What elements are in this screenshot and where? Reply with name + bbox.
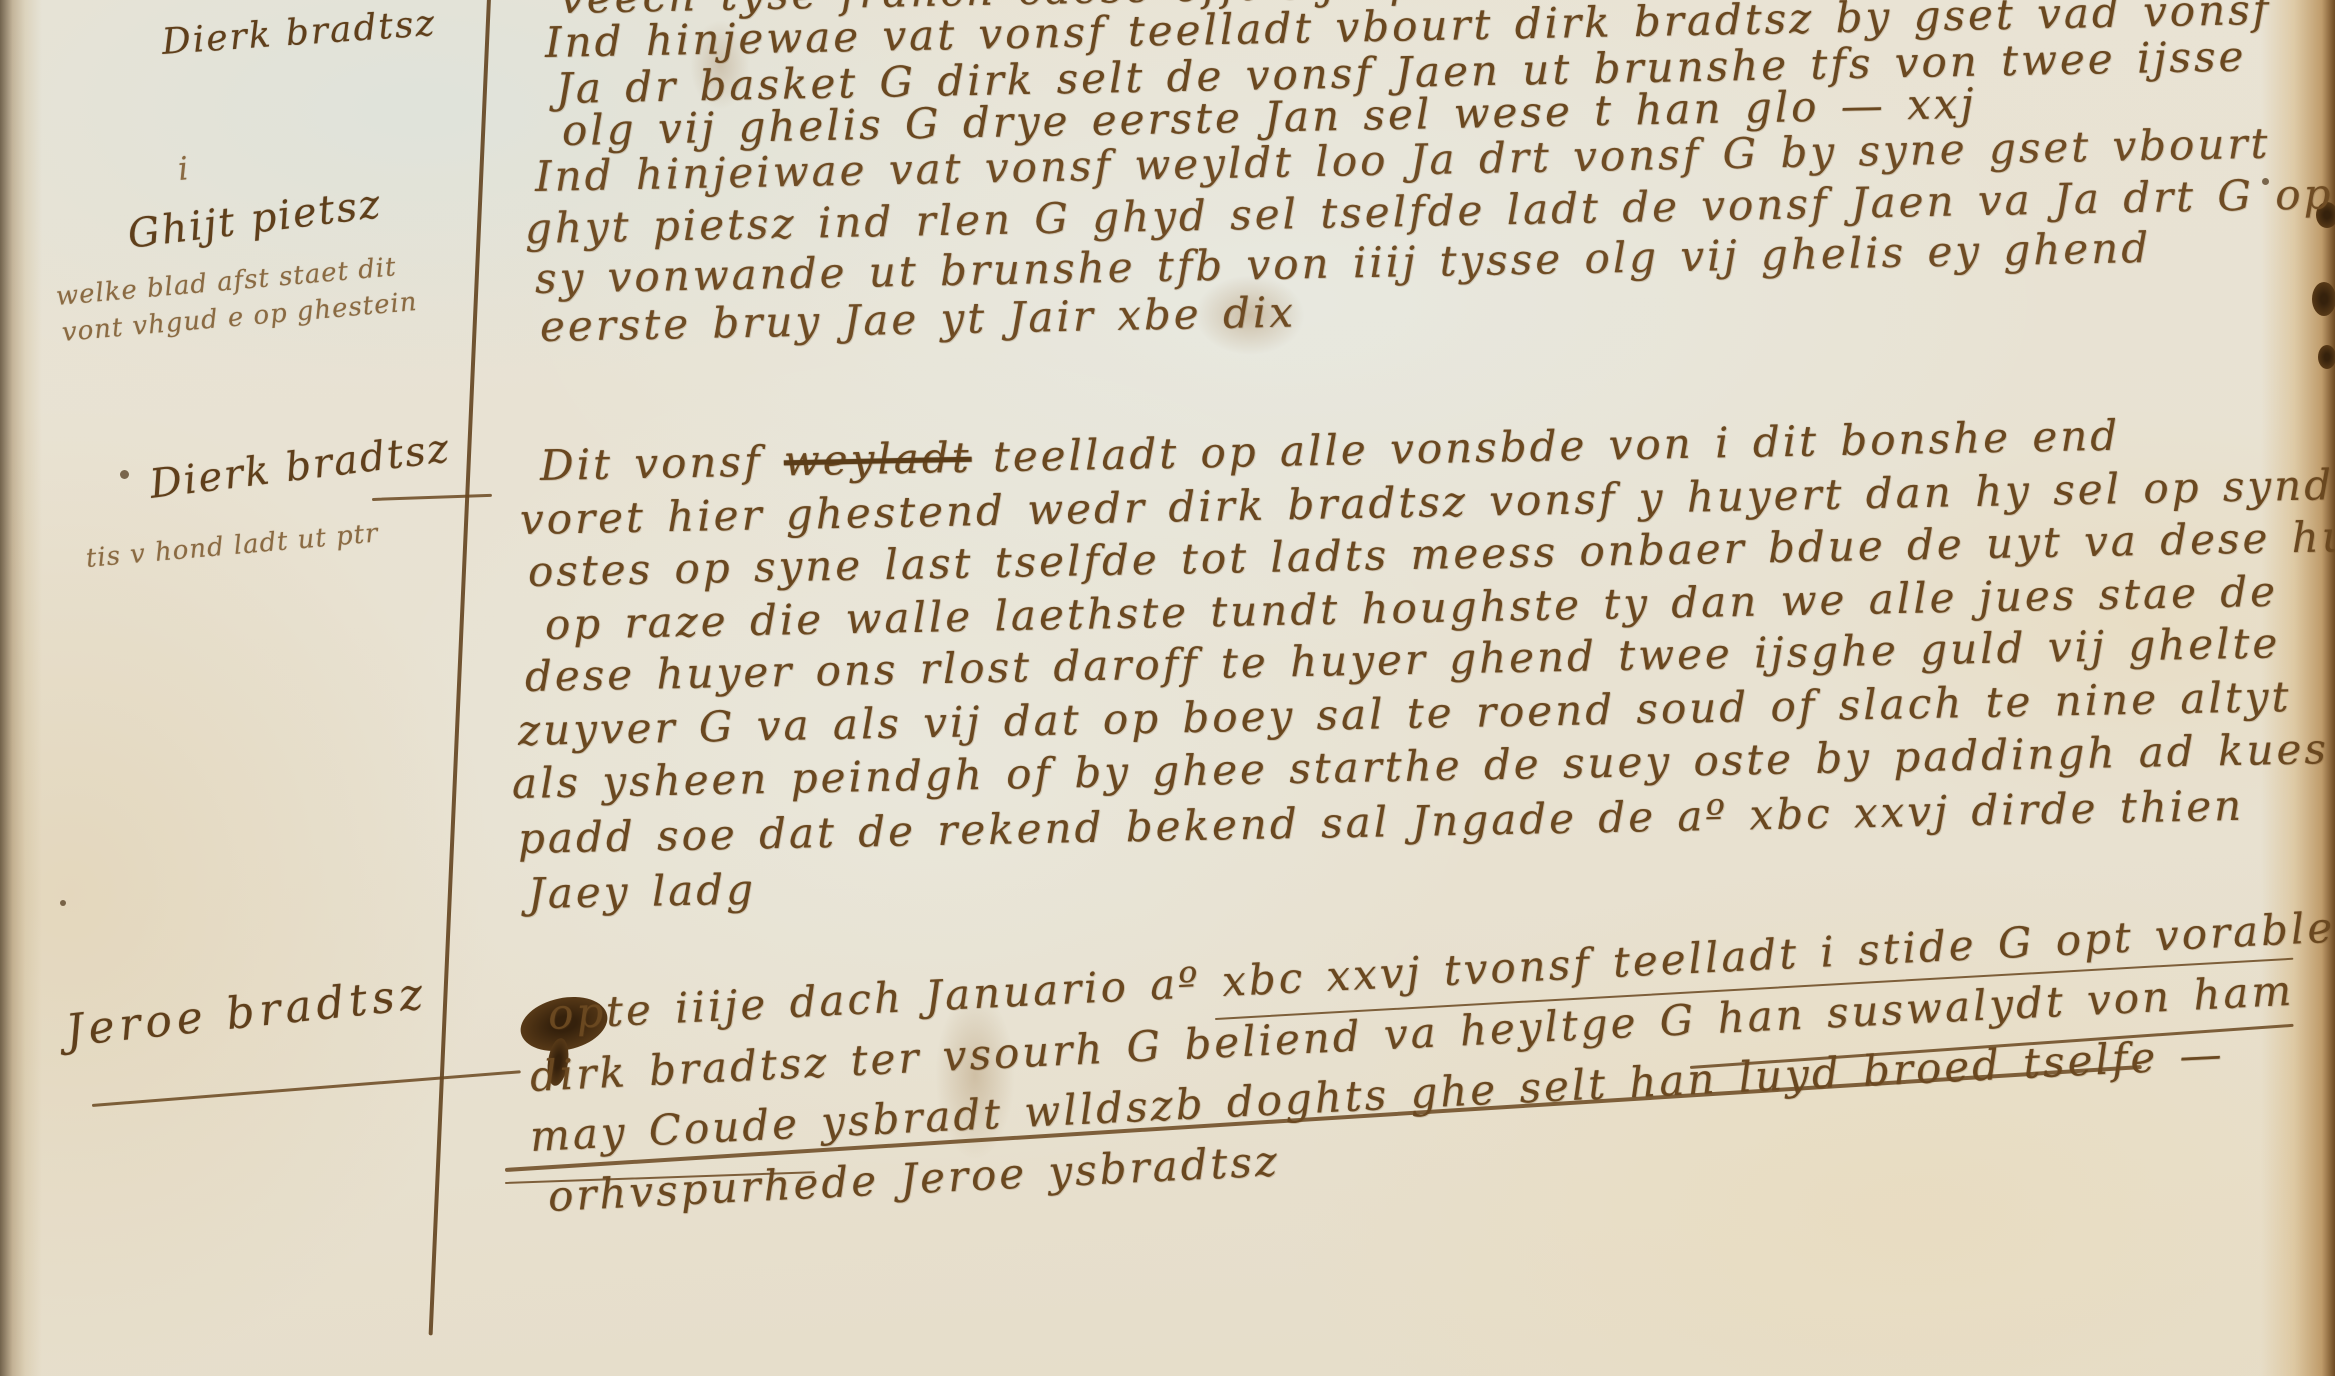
margin-flourish-stroke [92, 1070, 521, 1107]
margin-note-title: Dierk bradtsz [161, 3, 438, 63]
margin-note-title: Dierk bradtsz [147, 425, 453, 508]
edge-ink-blob [2318, 345, 2335, 369]
margin-note-title: Jeroe bradtsz [63, 968, 430, 1057]
text-segment: Dit vonsf [540, 437, 763, 490]
margin-dash-stroke [372, 494, 492, 501]
margin-mark: i [176, 149, 191, 188]
ink-speck [120, 470, 129, 479]
ink-speck [60, 900, 66, 906]
margin-note-title: Ghijt pietsz [125, 181, 384, 258]
page-left-edge [0, 0, 42, 1376]
text-line: Jaey ladg [528, 865, 757, 918]
margin-rule-line [429, 0, 492, 1335]
manuscript-page: Dierk bradtsz i Ghijt pietsz welke blad … [0, 0, 2335, 1376]
struck-word: weyladt [783, 433, 972, 486]
edge-ink-blob [2312, 282, 2335, 316]
margin-note-small-line: tis v hond ladt ut ptr [85, 518, 380, 573]
